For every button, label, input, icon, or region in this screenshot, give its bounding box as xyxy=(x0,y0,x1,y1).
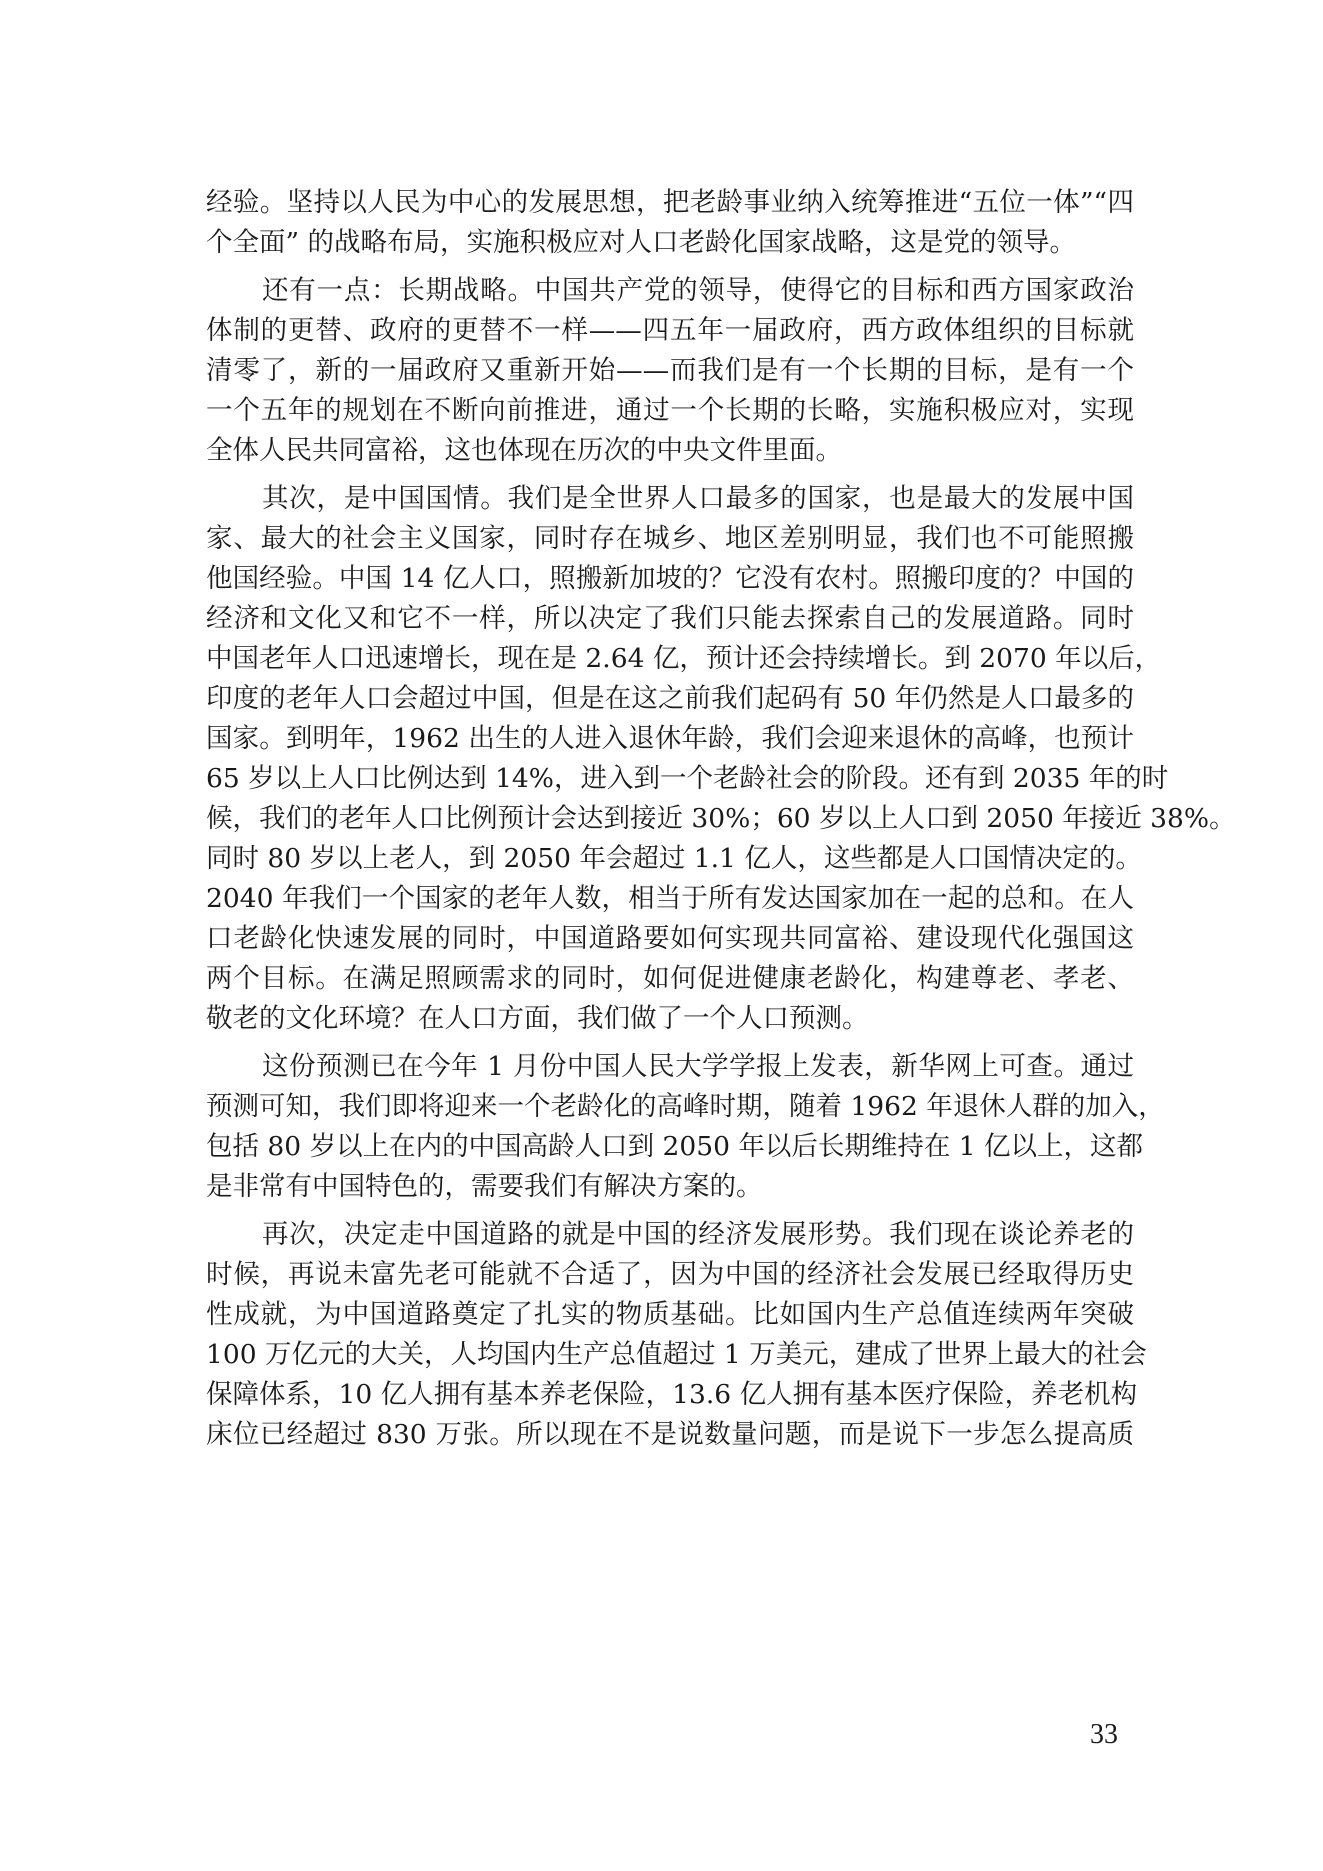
text-line: 包括 80 岁以上在内的中国高龄人口到 2050 年以后长期维持在 1 亿以上，… xyxy=(206,1127,1134,1167)
text-line: 性成就，为中国道路奠定了扎实的物质基础。比如国内生产总值连续两年突破 xyxy=(206,1295,1134,1335)
paragraph-1: 经验。坚持以人民为中心的发展思想，把老龄事业纳入统筹推进“五位一体”“四 个全面… xyxy=(206,183,1134,263)
text-line: 还有一点：长期战略。中国共产党的领导，使得它的目标和西方国家政治 xyxy=(206,271,1134,311)
text-line: 经验。坚持以人民为中心的发展思想，把老龄事业纳入统筹推进“五位一体”“四 xyxy=(206,183,1134,223)
text-line: 候，我们的老年人口比例预计会达到接近 30%；60 岁以上人口到 2050 年接… xyxy=(206,799,1134,839)
text-line: 口老龄化快速发展的同时，中国道路要如何实现共同富裕、建设现代化强国这 xyxy=(206,919,1134,959)
text-line: 2040 年我们一个国家的老年人数，相当于所有发达国家加在一起的总和。在人 xyxy=(206,879,1134,919)
text-line: 一个五年的规划在不断向前推进，通过一个长期的长略，实施积极应对，实现 xyxy=(206,391,1134,431)
text-line: 印度的老年人口会超过中国，但是在这之前我们起码有 50 年仍然是人口最多的 xyxy=(206,679,1134,719)
page-number: 33 xyxy=(1090,1717,1118,1753)
text-line: 保障体系，10 亿人拥有基本养老保险，13.6 亿人拥有基本医疗保险，养老机构 xyxy=(206,1375,1134,1415)
text-line: 时候，再说未富先老可能就不合适了，因为中国的经济社会发展已经取得历史 xyxy=(206,1255,1134,1295)
text-line: 是非常有中国特色的，需要我们有解决方案的。 xyxy=(206,1167,1134,1207)
text-line: 再次，决定走中国道路的就是中国的经济发展形势。我们现在谈论养老的 xyxy=(206,1215,1134,1255)
text-line: 国家。到明年，1962 出生的人进入退休年龄，我们会迎来退休的高峰，也预计 xyxy=(206,719,1134,759)
text-line: 床位已经超过 830 万张。所以现在不是说数量问题，而是说下一步怎么提高质 xyxy=(206,1415,1134,1455)
text-line: 经济和文化又和它不一样，所以决定了我们只能去探索自己的发展道路。同时 xyxy=(206,599,1134,639)
text-line: 其次，是中国国情。我们是全世界人口最多的国家，也是最大的发展中国 xyxy=(206,479,1134,519)
text-line: 他国经验。中国 14 亿人口，照搬新加坡的？它没有农村。照搬印度的？中国的 xyxy=(206,559,1134,599)
paragraph-5: 再次，决定走中国道路的就是中国的经济发展形势。我们现在谈论养老的 时候，再说未富… xyxy=(206,1215,1134,1455)
text-line: 中国老年人口迅速增长，现在是 2.64 亿，预计还会持续增长。到 2070 年以… xyxy=(206,639,1134,679)
text-line: 全体人民共同富裕，这也体现在历次的中央文件里面。 xyxy=(206,431,1134,471)
text-line: 清零了，新的一届政府又重新开始——而我们是有一个长期的目标，是有一个 xyxy=(206,351,1134,391)
text-line: 这份预测已在今年 1 月份中国人民大学学报上发表，新华网上可查。通过 xyxy=(206,1047,1134,1087)
paragraph-3: 其次，是中国国情。我们是全世界人口最多的国家，也是最大的发展中国 家、最大的社会… xyxy=(206,479,1134,1039)
text-line: 体制的更替、政府的更替不一样——四五年一届政府，西方政体组织的目标就 xyxy=(206,311,1134,351)
paragraph-2: 还有一点：长期战略。中国共产党的领导，使得它的目标和西方国家政治 体制的更替、政… xyxy=(206,271,1134,471)
body-text: 经验。坚持以人民为中心的发展思想，把老龄事业纳入统筹推进“五位一体”“四 个全面… xyxy=(206,183,1134,1455)
text-line: 预测可知，我们即将迎来一个老龄化的高峰时期，随着 1962 年退休人群的加入， xyxy=(206,1087,1134,1127)
document-page: 经验。坚持以人民为中心的发展思想，把老龄事业纳入统筹推进“五位一体”“四 个全面… xyxy=(0,0,1323,1871)
text-line: 敬老的文化环境？在人口方面，我们做了一个人口预测。 xyxy=(206,999,1134,1039)
text-line: 65 岁以上人口比例达到 14%，进入到一个老龄社会的阶段。还有到 2035 年… xyxy=(206,759,1134,799)
paragraph-4: 这份预测已在今年 1 月份中国人民大学学报上发表，新华网上可查。通过 预测可知，… xyxy=(206,1047,1134,1207)
text-line: 两个目标。在满足照顾需求的同时，如何促进健康老龄化，构建尊老、孝老、 xyxy=(206,959,1134,999)
text-line: 同时 80 岁以上老人，到 2050 年会超过 1.1 亿人，这些都是人口国情决… xyxy=(206,839,1134,879)
text-line: 个全面” 的战略布局，实施积极应对人口老龄化国家战略，这是党的领导。 xyxy=(206,223,1134,263)
text-line: 家、最大的社会主义国家，同时存在城乡、地区差别明显，我们也不可能照搬 xyxy=(206,519,1134,559)
text-line: 100 万亿元的大关，人均国内生产总值超过 1 万美元，建成了世界上最大的社会 xyxy=(206,1335,1134,1375)
